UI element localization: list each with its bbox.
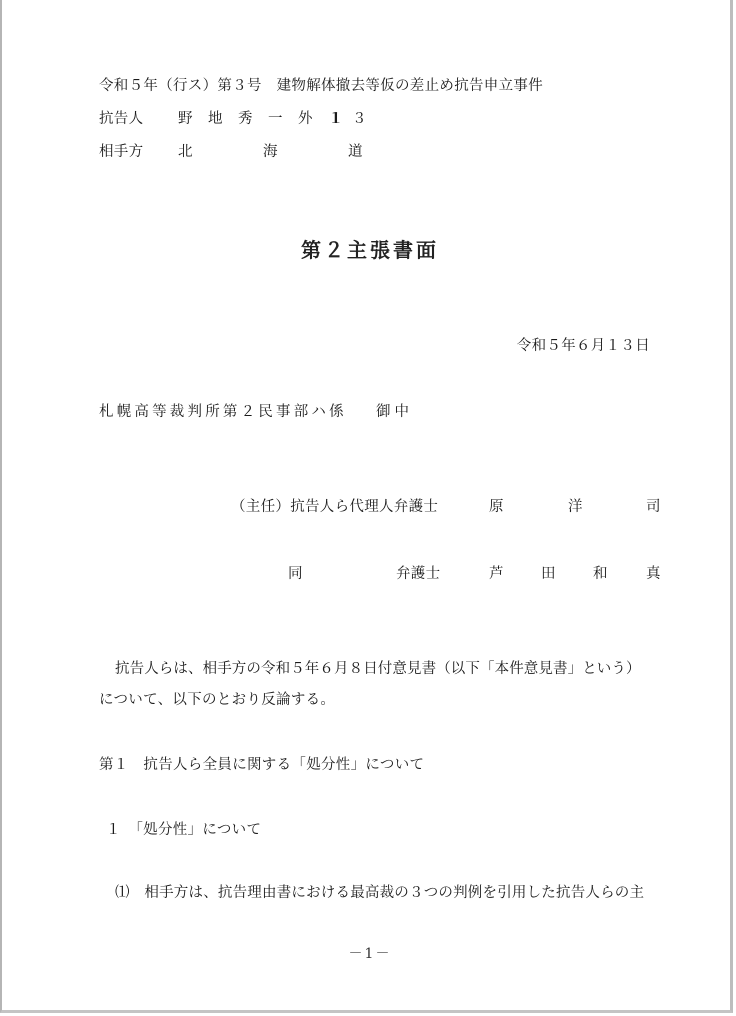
lead-attorney-role: （主任）抗告人ら代理人弁護士 [231, 498, 438, 516]
respondent-label: 相手方 [99, 144, 143, 160]
page-number: －1－ [2, 943, 736, 963]
appellant-label: 抗告人 [99, 111, 143, 127]
document-title: 第２主張書面 [2, 234, 736, 263]
intro-line-1: 抗告人らは、相手方の令和５年６月８日付意見書（以下「本件意見書」という） [115, 660, 641, 678]
section-1-heading: 第１ 抗告人ら全員に関する「処分性」について [99, 756, 424, 774]
document-page: 令和５年（行ス）第３号 建物解体撤去等仮の差止め抗告申立事件 抗告人 野 地 秀… [0, 0, 733, 1013]
co-attorney-prefix: 同 [288, 565, 303, 583]
respondent-row: 相手方 [99, 143, 143, 161]
intro-line-2: について、以下のとおり反論する。 [99, 691, 335, 709]
addressee-court: 札幌高等裁判所第２民事部ハ係 [99, 403, 347, 421]
case-line: 令和５年（行ス）第３号 建物解体撤去等仮の差止め抗告申立事件 [99, 77, 543, 95]
document-date: 令和５年６月１３日 [517, 337, 650, 355]
subsection-1-heading: １ 「処分性」について [106, 821, 261, 839]
co-attorney-role: 弁護士 [396, 565, 440, 583]
item-1-line: ⑴ 相手方は、抗告理由書における最高裁の３つの判例を引用した抗告人らの主 [115, 884, 644, 902]
addressee-honorific: 御中 [376, 403, 413, 421]
appellant-row: 抗告人 [99, 110, 143, 128]
